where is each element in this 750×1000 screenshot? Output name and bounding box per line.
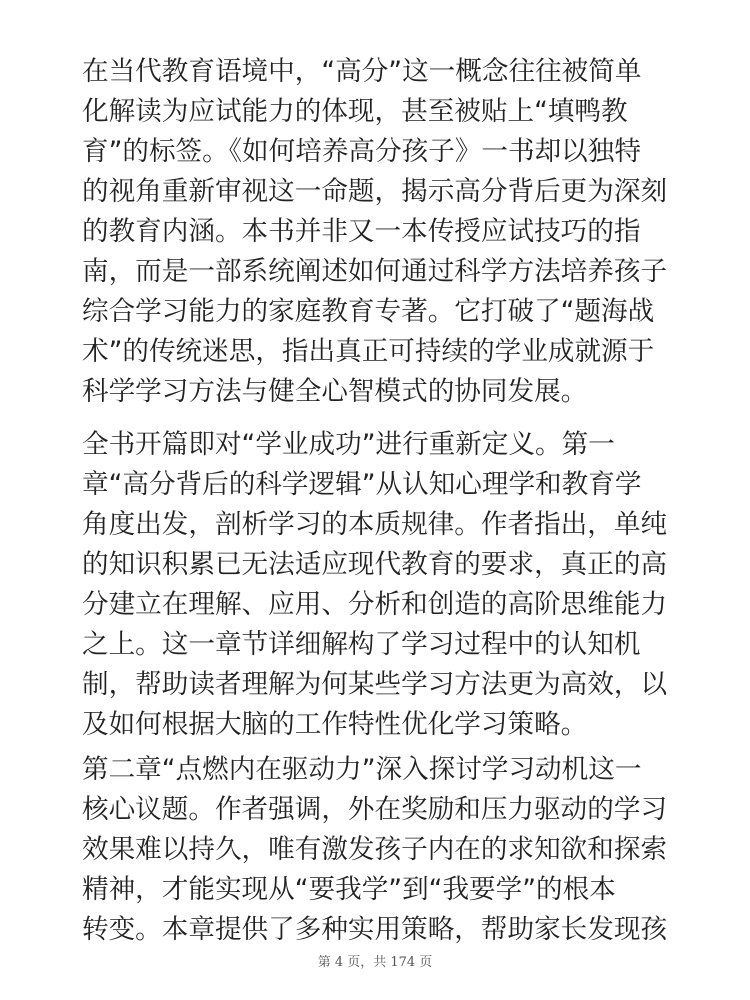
text-line: 分建立在理解、应用、分析和创造的高阶思维能力 [82, 585, 682, 625]
text-line: 章“高分背后的科学逻辑”从认知心理学和教育学 [82, 465, 682, 505]
text-line: 综合学习能力的家庭教育专著。它打破了“题海战 [82, 292, 682, 332]
text-line: 转变。本章提供了多种实用策略，帮助家长发现孩 [82, 910, 682, 950]
text-line: 育”的标签。《如何培养高分孩子》一书却以独特 [82, 132, 682, 172]
page-indicator: 第 4 页，共 174 页 [0, 953, 750, 973]
text-line: 之上。这一章节详细解构了学习过程中的认知机 [82, 625, 682, 665]
text-line: 全书开篇即对“学业成功”进行重新定义。第一 [82, 425, 682, 465]
text-line: 的知识积累已无法适应现代教育的要求，真正的高 [82, 545, 682, 585]
text-line: 效果难以持久，唯有激发孩子内在的求知欲和探索 [82, 830, 682, 870]
paragraph-1: 在当代教育语境中，“高分”这一概念往往被简单 化解读为应试能力的体现，甚至被贴上… [82, 52, 682, 412]
paragraph-2: 全书开篇即对“学业成功”进行重新定义。第一 章“高分背后的科学逻辑”从认知心理学… [82, 425, 682, 745]
text-line: 在当代教育语境中，“高分”这一概念往往被简单 [82, 52, 682, 92]
text-line: 术”的传统迷思，指出真正可持续的学业成就源于 [82, 332, 682, 372]
text-line: 科学学习方法与健全心智模式的协同发展。 [82, 372, 682, 412]
text-line: 精神，才能实现从“要我学”到“我要学”的根本 [82, 870, 682, 910]
paragraph-3: 第二章“点燃内在驱动力”深入探讨学习动机这一 核心议题。作者强调，外在奖励和压力… [82, 750, 682, 950]
text-line: 角度出发，剖析学习的本质规律。作者指出，单纯 [82, 505, 682, 545]
text-line: 制，帮助读者理解为何某些学习方法更为高效，以 [82, 665, 682, 705]
text-line: 及如何根据大脑的工作特性优化学习策略。 [82, 705, 682, 745]
text-line: 南，而是一部系统阐述如何通过科学方法培养孩子 [82, 252, 682, 292]
text-line: 核心议题。作者强调，外在奖励和压力驱动的学习 [82, 790, 682, 830]
document-page: 在当代教育语境中，“高分”这一概念往往被简单 化解读为应试能力的体现，甚至被贴上… [0, 0, 750, 1000]
text-line: 的视角重新审视这一命题，揭示高分背后更为深刻 [82, 172, 682, 212]
text-line: 的教育内涵。本书并非又一本传授应试技巧的指 [82, 212, 682, 252]
text-line: 第二章“点燃内在驱动力”深入探讨学习动机这一 [82, 750, 682, 790]
text-line: 化解读为应试能力的体现，甚至被贴上“填鸭教 [82, 92, 682, 132]
